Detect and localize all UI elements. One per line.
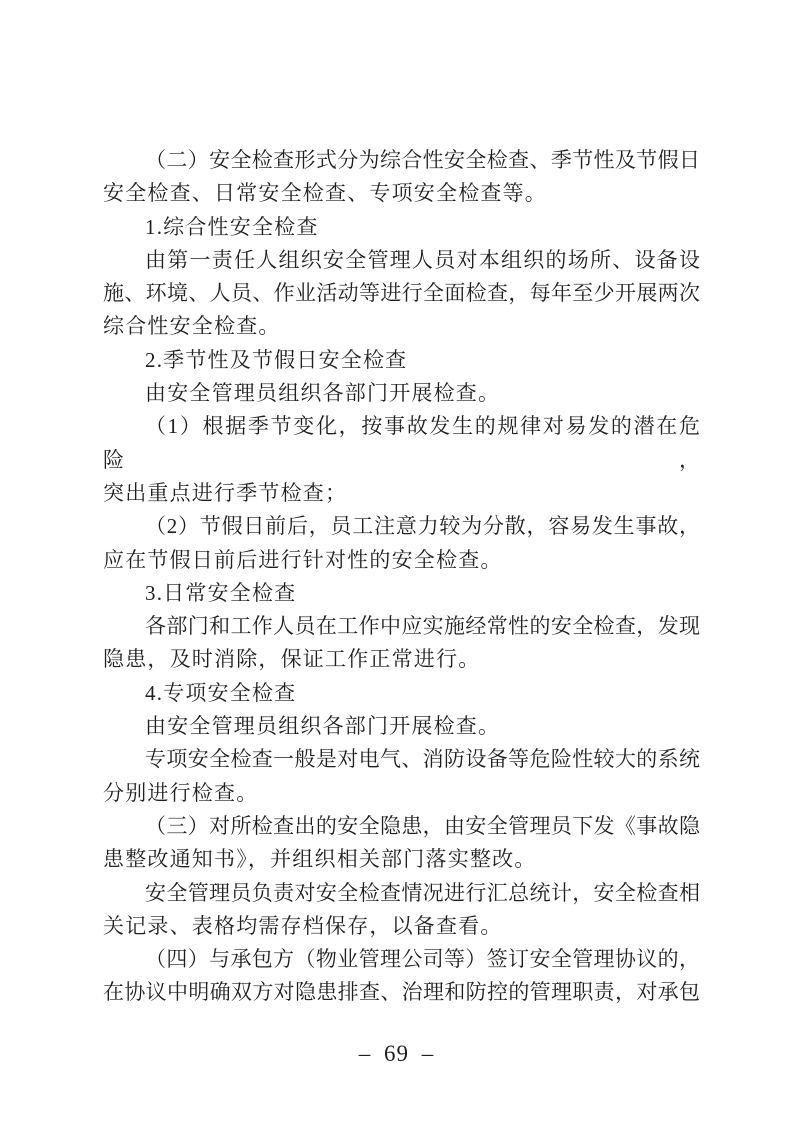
text-line: （四）与承包方（物业管理公司等）签订安全管理协议的，	[103, 943, 700, 976]
text-line: 患整改通知书》，并组织相关部门落实整改。	[103, 843, 700, 876]
text-line: 施、环境、人员、作业活动等进行全面检查，每年至少开展两次	[103, 277, 700, 310]
text-line: 各部门和工作人员在工作中应实施经常性的安全检查，发现	[103, 610, 700, 643]
text-line: 突出重点进行季节检查；	[103, 477, 700, 510]
text-line: 由安全管理员组织各部门开展检查。	[103, 377, 700, 410]
text-line: 2.季节性及节假日安全检查	[103, 344, 700, 377]
text-line: 应在节假日前后进行针对性的安全检查。	[103, 544, 700, 577]
text-line: 1.综合性安全检查	[103, 211, 700, 244]
text-line: 分别进行检查。	[103, 777, 700, 810]
text-line: 由第一责任人组织安全管理人员对本组织的场所、设备设	[103, 244, 700, 277]
text-line: （二）安全检查形式分为综合性安全检查、季节性及节假日	[103, 144, 700, 177]
text-line: （1）根据季节变化，按事故发生的规律对易发的潜在危险，	[103, 410, 700, 477]
text-line: 关记录、表格均需存档保存，以备查看。	[103, 910, 700, 943]
document-page: （二）安全检查形式分为综合性安全检查、季节性及节假日 安全检查、日常安全检查、专…	[0, 0, 793, 1122]
text-line: 综合性安全检查。	[103, 310, 700, 343]
text-line: 隐患，及时消除，保证工作正常进行。	[103, 643, 700, 676]
page-number: – 69 –	[0, 1041, 793, 1067]
text-line: 3.日常安全检查	[103, 577, 700, 610]
text-line: 4.专项安全检查	[103, 677, 700, 710]
text-line: 安全检查、日常安全检查、专项安全检查等。	[103, 177, 700, 210]
text-line: 在协议中明确双方对隐患排查、治理和防控的管理职责，对承包	[103, 976, 700, 1009]
document-body: （二）安全检查形式分为综合性安全检查、季节性及节假日 安全检查、日常安全检查、专…	[103, 144, 700, 1010]
text-line: （2）节假日前后，员工注意力较为分散，容易发生事故，	[103, 510, 700, 543]
text-line: 由安全管理员组织各部门开展检查。	[103, 710, 700, 743]
text-line: （三）对所检查出的安全隐患，由安全管理员下发《事故隐	[103, 810, 700, 843]
text-line: 安全管理员负责对安全检查情况进行汇总统计，安全检查相	[103, 877, 700, 910]
text-line: 专项安全检查一般是对电气、消防设备等危险性较大的系统	[103, 743, 700, 776]
